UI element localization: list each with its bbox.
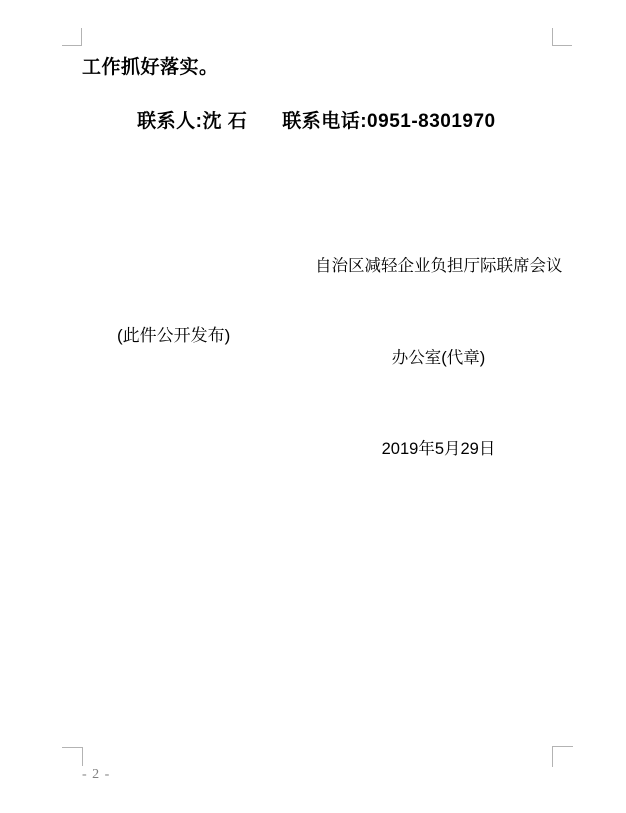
contact-line: 联系人:沈 石联系电话:0951-8301970 — [114, 89, 496, 155]
contact-phone: 联系电话:0951-8301970 — [282, 111, 495, 132]
contact-person: 联系人:沈 石 — [137, 111, 247, 132]
signature-date: 2019年5月29日 — [315, 434, 562, 465]
margin-mark-top-right — [552, 28, 572, 46]
signature-org-line1: 自治区减轻企业负担厅际联席会议 — [315, 251, 562, 282]
margin-mark-top-left — [62, 28, 82, 46]
margin-mark-bottom-right — [552, 746, 573, 767]
signature-block: 自治区减轻企业负担厅际联席会议 办公室(代章) 2019年5月29日 — [315, 190, 562, 526]
publish-note: (此件公开发布) — [117, 326, 230, 346]
page-number: - 2 - — [82, 767, 110, 783]
document-page: 工作抓好落实。 联系人:沈 石联系电话:0951-8301970 自治区减轻企业… — [0, 0, 626, 813]
body-paragraph-continuation: 工作抓好落实。 — [82, 57, 219, 79]
signature-org-line2: 办公室(代章) — [315, 343, 562, 374]
margin-mark-bottom-left — [62, 747, 83, 766]
